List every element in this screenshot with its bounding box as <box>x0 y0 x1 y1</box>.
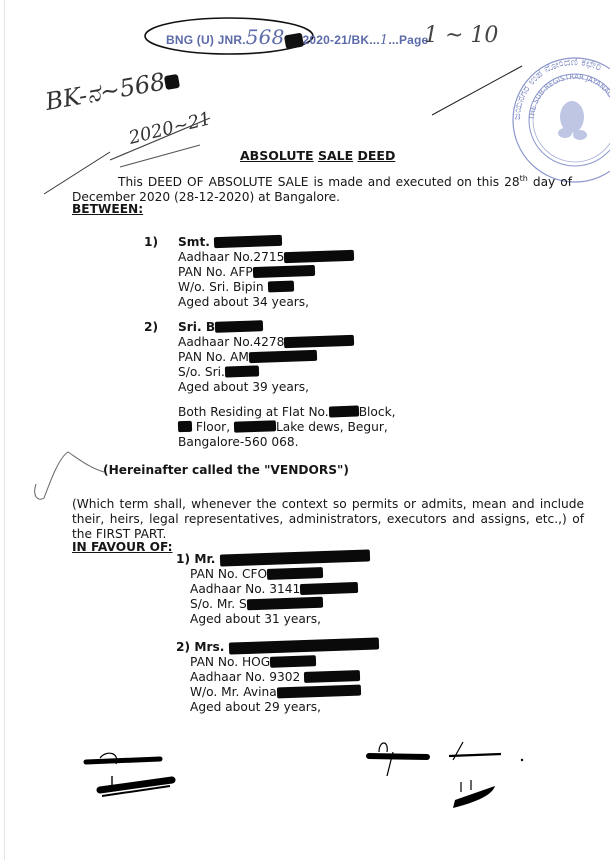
redacted-flat-no <box>329 405 359 417</box>
in-favour-heading: IN FAVOUR OF: <box>72 540 173 555</box>
signature-right <box>365 730 535 810</box>
handwritten-number: 568 <box>246 25 285 49</box>
between-heading: BETWEEN: <box>72 202 143 217</box>
page-edge <box>4 0 5 860</box>
vendors-definition: (Hereinafter called the "VENDORS") <box>103 463 349 478</box>
signature-left-1 <box>80 750 190 810</box>
redacted-relation-name <box>225 365 259 377</box>
checkmark-annotation <box>28 448 108 504</box>
redacted-aadhaar <box>284 250 354 263</box>
handwritten-page-count: 1 ~ 10 <box>424 23 498 48</box>
redacted-name <box>215 320 263 333</box>
vendors-address: Both Residing at Flat No.Block, Floor, L… <box>178 405 396 450</box>
redacted-building <box>234 420 276 432</box>
redacted-floor <box>178 421 192 432</box>
redacted-pan <box>267 567 323 580</box>
which-term-clause: (Which term shall, whenever the context … <box>72 497 584 542</box>
redacted-pan <box>253 265 315 278</box>
redacted-name <box>214 235 282 248</box>
redacted-aadhaar <box>304 670 360 683</box>
purchaser-1: 1) Mr. PAN No. CFO Aadhaar No. 3141 S/o.… <box>176 552 370 627</box>
redacted-aadhaar <box>300 582 358 595</box>
intro-paragraph: This DEED OF ABSOLUTE SALE is made and e… <box>72 171 572 205</box>
redacted-name <box>228 637 378 654</box>
redacted-name <box>219 549 369 566</box>
purchaser-2: 2) Mrs. PAN No. HOG Aadhaar No. 9302 W/o… <box>176 640 379 715</box>
sub-registrar-seal: ಜಯನಗರ ಉಪ ನೋಂದಣಿ ಕಛೇರಿ THE SUB-REGISTRAR … <box>510 55 610 185</box>
redacted-relation-name <box>247 597 323 611</box>
document-title: ABSOLUTE SALE DEED <box>240 148 395 163</box>
redacted-pan <box>249 350 317 363</box>
registration-number-line: BNG (U) JNR.5682020-21/BK...1...Page <box>166 25 428 49</box>
redacted-aadhaar <box>284 335 354 348</box>
redaction-blot <box>283 32 303 49</box>
redacted-relation-name <box>267 281 293 293</box>
redacted-relation-name <box>277 685 361 699</box>
redacted-pan <box>270 655 316 668</box>
svg-text:ಜಯನಗರ ಉಪ ನೋಂದಣಿ ಕಛೇರಿ: ಜಯನಗರ ಉಪ ನೋಂದಣಿ ಕಛೇರಿ <box>512 57 603 120</box>
